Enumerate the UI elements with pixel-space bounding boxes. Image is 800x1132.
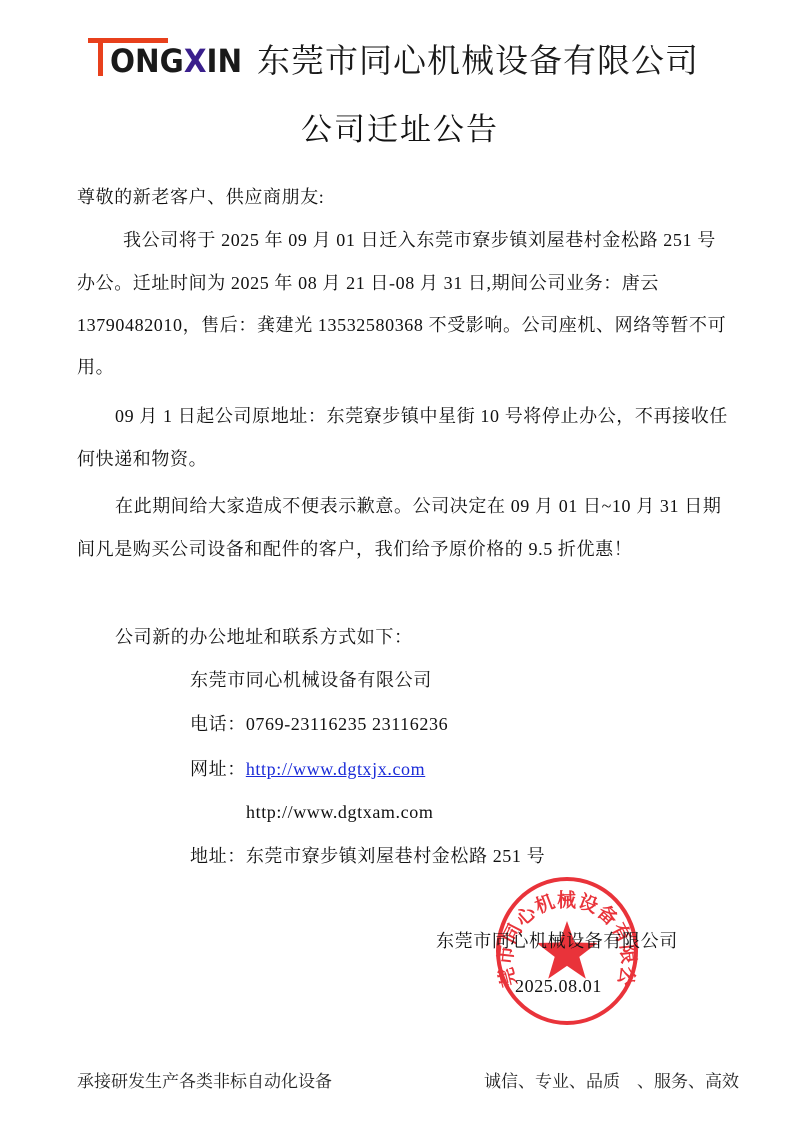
- paragraph-line: 间凡是购买公司设备和配件的客户，我们给予原价格的 9.5 折优惠！: [77, 537, 632, 561]
- logo-text-accent: X: [184, 42, 207, 80]
- contact-phone: 电话：0769-23116235 23116236: [190, 712, 448, 736]
- paragraph-line: 09 月 1 日起公司原地址：东莞寮步镇中星街 10 号将停止办公，不再接收任: [115, 404, 728, 428]
- website-label: 网址：: [190, 759, 246, 779]
- website-secondary: http://www.dgtxam.com: [246, 800, 433, 824]
- contact-website: 网址：http://www.dgtxjx.com: [190, 757, 425, 781]
- paragraph-line: 办公。迁址时间为 2025 年 08 月 21 日-08 月 31 日,期间公司…: [77, 271, 659, 295]
- page-title: 公司迁址公告: [0, 110, 800, 150]
- paragraph-line: 何快递和物资。: [77, 447, 207, 471]
- address-value: 东莞市寮步镇刘屋巷村金松路 251 号: [246, 846, 545, 866]
- phone-label: 电话：: [190, 714, 246, 734]
- contact-address: 地址：东莞市寮步镇刘屋巷村金松路 251 号: [190, 844, 545, 868]
- address-label: 地址：: [190, 846, 246, 866]
- paragraph-line: 我公司将于 2025 年 09 月 01 日迁入东莞市寮步镇刘屋巷村金松路 25…: [123, 228, 716, 252]
- signature-company: 东莞市同心机械设备有限公司: [436, 929, 678, 953]
- paragraph-line: 在此期间给大家造成不便表示歉意。公司决定在 09 月 01 日~10 月 31 …: [115, 494, 721, 518]
- website-link-primary[interactable]: http://www.dgtxjx.com: [246, 759, 425, 779]
- logo-text-suffix: IN: [207, 42, 243, 80]
- header-company-name: 东莞市同心机械设备有限公司: [257, 41, 699, 81]
- contact-company: 东莞市同心机械设备有限公司: [190, 668, 432, 692]
- logo-wordmark: ONGXIN: [110, 42, 242, 80]
- phone-value: 0769-23116235 23116236: [246, 714, 448, 734]
- paragraph-line: 用。: [77, 355, 114, 379]
- contact-intro: 公司新的办公地址和联系方式如下：: [115, 625, 413, 649]
- logo-t-stem: [98, 38, 103, 76]
- signature-date: 2025.08.01: [515, 974, 602, 998]
- salutation: 尊敬的新老客户、供应商朋友:: [77, 185, 324, 209]
- footer-tagline-right: 诚信、专业、品质 、服务、高效: [484, 1071, 739, 1093]
- logo-text-prefix: ONG: [110, 42, 184, 80]
- footer-tagline-left: 承接研发生产各类非标自动化设备: [77, 1071, 332, 1093]
- paragraph-line: 13790482010，售后：龚建光 13532580368 不受影响。公司座机…: [77, 313, 726, 337]
